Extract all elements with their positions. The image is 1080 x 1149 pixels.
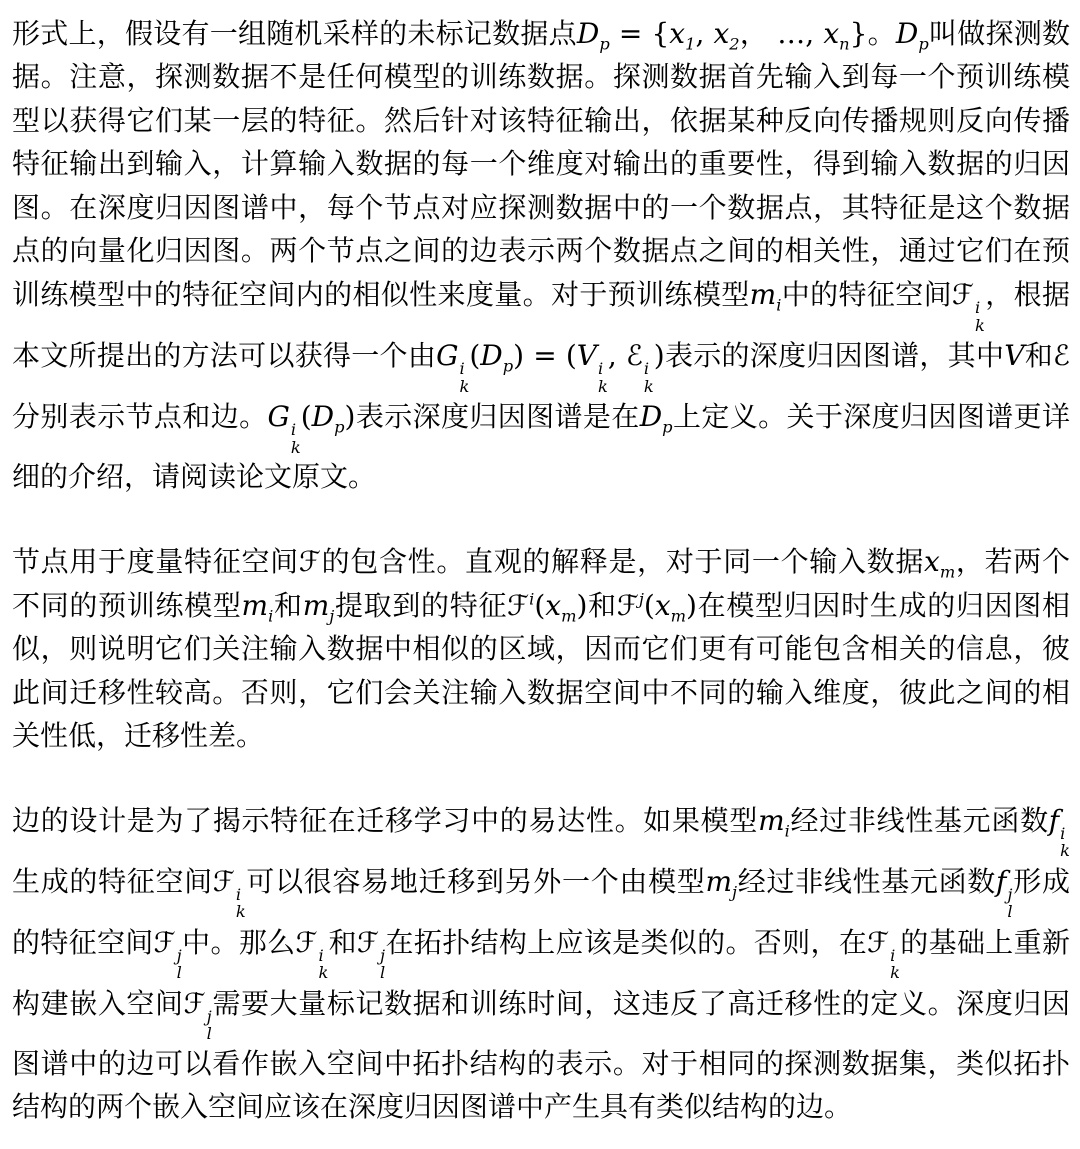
math-expression: ): [577, 591, 588, 622]
math-subscript: m: [561, 607, 576, 626]
math-scripts: ik: [598, 360, 608, 395]
math-expression: mi: [750, 280, 782, 311]
math-expression: Dp: [896, 19, 929, 50]
text-run: 中。那么: [182, 928, 296, 959]
paragraph-probing-data-definition: 形式上，假设有一组随机采样的未标记数据点Dp = {x1, x2， …, xn}…: [12, 12, 1070, 500]
text-run: 表示深度归因图谱是在: [355, 402, 639, 433]
math-operator: ) = (: [513, 339, 577, 372]
math-variable: m: [242, 589, 269, 622]
math-scripts: ik: [644, 360, 654, 395]
text-run: 和: [587, 591, 616, 622]
math-operator: (: [301, 400, 312, 433]
math-expression: fjl: [996, 867, 1013, 898]
math-expression: xm: [655, 591, 686, 622]
math-subscript: m: [940, 562, 955, 581]
math-expression: (: [644, 591, 655, 622]
math-variable: x: [823, 17, 839, 50]
text-run: 分别表示节点和边。: [12, 402, 267, 433]
text-run: 生成的特征空间: [12, 867, 213, 898]
math-expression: mi: [758, 806, 790, 837]
math-expression: x1: [669, 19, 695, 50]
math-expression: Dp: [480, 341, 513, 372]
math-expression: Gik: [267, 402, 300, 433]
text-run: 边的设计是为了揭示特征在迁移学习中的易达性。如果模型: [12, 806, 758, 837]
math-expression: }: [850, 19, 868, 50]
document-page: 形式上，假设有一组随机采样的未标记数据点Dp = {x1, x2， …, xn}…: [0, 0, 1080, 1149]
math-variable: V: [577, 339, 597, 372]
math-subscript: p: [599, 35, 609, 54]
math-expression: xn: [823, 19, 849, 50]
math-subscript: p: [334, 418, 344, 437]
math-variable: ℱ: [299, 545, 321, 578]
math-variable: m: [758, 804, 785, 837]
math-expression: ℱik: [213, 867, 246, 898]
math-expression: mj: [705, 867, 737, 898]
math-variable: D: [640, 400, 662, 433]
math-variable: D: [896, 17, 918, 50]
math-variable: ℱ: [296, 926, 318, 959]
math-subscript: n: [839, 35, 849, 54]
math-variable: ℱ: [213, 865, 235, 898]
text-run: 和: [1024, 341, 1053, 372]
math-expression: ， …,: [740, 19, 824, 50]
math-subscript: 2: [729, 35, 739, 54]
math-expression: Vik: [577, 341, 608, 372]
math-variable: D: [577, 17, 599, 50]
math-variable: D: [480, 339, 502, 372]
math-expression: x2: [713, 19, 739, 50]
math-subscript: p: [503, 357, 513, 376]
math-expression: ℱik: [296, 928, 329, 959]
math-expression: V: [1004, 341, 1024, 372]
text-run: 提取到的特征: [334, 591, 507, 622]
text-run: 。: [867, 19, 896, 50]
math-expression: ℱjl: [154, 928, 182, 959]
math-variable: ℱ: [867, 926, 889, 959]
math-variable: ℰ: [1053, 339, 1070, 372]
math-expression: Gik: [436, 341, 469, 372]
math-expression: ,: [608, 341, 626, 372]
math-variable: x: [924, 545, 940, 578]
math-expression: ℱ: [299, 547, 321, 578]
math-expression: ): [345, 402, 356, 433]
math-expression: ℰ: [1053, 341, 1070, 372]
math-scripts: ik: [459, 360, 469, 395]
text-run: 经过非线性基元函数: [737, 867, 996, 898]
math-expression: xm: [545, 591, 576, 622]
math-variable: x: [545, 589, 561, 622]
math-variable: ℱ: [184, 987, 206, 1020]
math-scripts: ik: [890, 947, 900, 982]
text-run: 经过非线性基元函数: [790, 806, 1049, 837]
math-expression: Dp: [577, 19, 610, 50]
math-operator: ): [654, 339, 665, 372]
math-expression: xm: [924, 547, 955, 578]
text-run: 在拓扑结构上应该是类似的。否则，在: [385, 928, 867, 959]
math-variable: m: [750, 278, 777, 311]
text-run: 表示的深度归因图谱，其中: [665, 341, 1005, 372]
math-operator: ,: [608, 339, 626, 372]
math-expression: mj: [303, 591, 335, 622]
paragraph-edge-accessibility: 边的设计是为了揭示特征在迁移学习中的易达性。如果模型mi经过非线性基元函数fik…: [12, 799, 1070, 1130]
math-variable: x: [655, 589, 671, 622]
math-scripts: ik: [975, 299, 985, 334]
math-expression: ℱik: [952, 280, 985, 311]
math-scripts: ik: [319, 947, 329, 982]
math-operator: ， …,: [740, 17, 824, 50]
paragraph-node-inclusiveness: 节点用于度量特征空间ℱ的包含性。直观的解释是，对于同一个输入数据xm，若两个不同…: [12, 540, 1070, 759]
math-subscript: m: [671, 607, 686, 626]
math-expression: ): [686, 591, 697, 622]
math-variable: ℱ: [617, 589, 639, 622]
math-operator: ): [577, 589, 588, 622]
math-expression: (: [301, 402, 312, 433]
math-variable: ℱ: [952, 278, 974, 311]
text-run: 形式上，假设有一组随机采样的未标记数据点: [12, 19, 577, 50]
math-operator: (: [534, 589, 545, 622]
math-variable: x: [713, 17, 729, 50]
math-subscript: p: [662, 418, 672, 437]
math-variable: m: [303, 589, 330, 622]
math-expression: ) = (: [513, 341, 577, 372]
math-expression: (: [534, 591, 545, 622]
math-expression: ℱj: [617, 591, 644, 622]
math-expression: ℱi: [507, 591, 534, 622]
math-variable: f: [1049, 804, 1059, 837]
math-variable: D: [312, 400, 334, 433]
text-run: 节点用于度量特征空间: [12, 547, 299, 578]
math-expression: ℱik: [867, 928, 900, 959]
math-expression: fik: [1049, 806, 1070, 837]
math-variable: ℱ: [357, 926, 379, 959]
math-expression: ℰik: [626, 341, 654, 372]
math-variable: ℱ: [507, 589, 529, 622]
text-run: 的包含性。直观的解释是，对于同一个输入数据: [321, 547, 924, 578]
math-variable: m: [705, 865, 732, 898]
math-expression: ): [654, 341, 665, 372]
math-variable: ℰ: [626, 339, 643, 372]
math-operator: ): [686, 589, 697, 622]
math-expression: (: [469, 341, 480, 372]
math-variable: G: [267, 400, 289, 433]
math-operator: (: [644, 589, 655, 622]
text-run: 中的特征空间: [781, 280, 952, 311]
math-expression: ℱjl: [357, 928, 385, 959]
text-run: 可以很容易地迁移到另外一个由模型: [246, 867, 706, 898]
math-operator: ): [345, 400, 356, 433]
math-expression: Dp: [312, 402, 345, 433]
math-scripts: ik: [1060, 825, 1070, 860]
math-subscript: 1: [685, 35, 695, 54]
math-operator: = {: [610, 17, 670, 50]
math-expression: mi: [242, 591, 274, 622]
math-scripts: ik: [291, 421, 301, 456]
math-operator: }: [850, 17, 868, 50]
math-expression: ,: [695, 19, 713, 50]
math-operator: ,: [695, 17, 713, 50]
math-subscript: p: [918, 35, 928, 54]
math-operator: (: [469, 339, 480, 372]
text-run: 叫做探测数据。注意，探测数据不是任何模型的训练数据。探测数据首先输入到每一个预训…: [12, 19, 1070, 311]
math-variable: G: [436, 339, 458, 372]
math-scripts: ik: [236, 886, 246, 921]
math-variable: V: [1004, 339, 1024, 372]
math-expression: = {: [610, 19, 670, 50]
text-run: 和: [328, 928, 357, 959]
math-variable: x: [669, 17, 685, 50]
text-run: 和: [273, 591, 302, 622]
math-variable: f: [996, 865, 1006, 898]
math-expression: ℱjl: [184, 989, 212, 1020]
math-variable: ℱ: [154, 926, 176, 959]
math-expression: Dp: [640, 402, 673, 433]
